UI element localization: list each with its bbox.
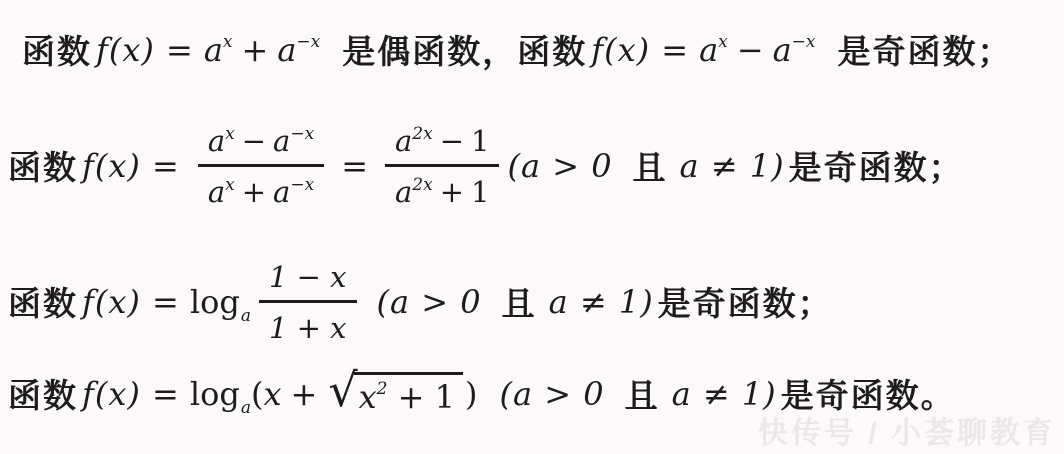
- log-symbol: loga: [190, 283, 251, 321]
- log-label: log: [190, 283, 240, 321]
- radical-sign: √: [328, 369, 357, 413]
- superscript: x: [718, 32, 728, 52]
- fraction-denominator: a2x+1: [385, 167, 499, 209]
- fraction: ax−a−x ax+a−x: [198, 122, 324, 209]
- square-root: √ x2 + 1: [328, 372, 463, 416]
- radicand: x2 + 1: [354, 372, 463, 416]
- fraction-numerator: a2x−1: [385, 122, 499, 167]
- condition-open: (a > 0: [507, 147, 612, 185]
- math-base: a: [208, 124, 225, 158]
- cjk-text: 是偶函数，函数: [342, 26, 587, 73]
- superscript: 2x: [412, 175, 432, 195]
- math-base: a: [773, 31, 792, 69]
- paren-close: ): [465, 375, 477, 413]
- fraction-numerator: 1 − x: [259, 258, 357, 303]
- math-number: 1: [471, 124, 489, 158]
- minus-operator: −: [440, 124, 464, 158]
- cjk-text: 是奇函数；: [789, 142, 964, 189]
- math-base: a: [395, 124, 412, 158]
- superscript: −x: [290, 124, 314, 144]
- document-page: { "page": { "background": "#fbf9f9", "te…: [0, 0, 1064, 454]
- math-variable: x: [263, 375, 281, 413]
- cjk-text: 且: [625, 370, 660, 417]
- fraction: a2x−1 a2x+1: [385, 122, 499, 209]
- function-notation: f(x) =: [82, 375, 180, 413]
- superscript: −x: [792, 32, 816, 52]
- superscript: 2x: [412, 124, 432, 144]
- condition-open: (a > 0: [377, 283, 482, 321]
- log-symbol: loga: [190, 375, 251, 413]
- watermark: 快传号 / 小荟聊教育: [758, 408, 1056, 452]
- math-term: a−x: [773, 31, 816, 69]
- fraction-denominator: ax+a−x: [198, 167, 324, 209]
- math-number: 1: [471, 175, 489, 209]
- plus-operator: +: [440, 175, 464, 209]
- function-notation: f(x) =: [82, 283, 180, 321]
- math-base: a: [273, 175, 290, 209]
- condition-close: a ≠ 1): [672, 375, 777, 413]
- log-base-subscript: a: [241, 306, 251, 326]
- fraction-denominator: 1 + x: [259, 303, 357, 345]
- superscript: x: [223, 32, 233, 52]
- condition-open: (a > 0: [500, 375, 605, 413]
- superscript: −x: [296, 32, 320, 52]
- superscript: −x: [290, 175, 314, 195]
- math-base: a: [204, 31, 223, 69]
- superscript: x: [225, 175, 235, 195]
- math-base: a: [208, 175, 225, 209]
- math-base: x: [359, 378, 377, 416]
- math-base: a: [277, 31, 296, 69]
- log-base-subscript: a: [241, 398, 251, 418]
- plus-operator: +: [242, 175, 266, 209]
- math-term: ax: [699, 31, 728, 69]
- math-base: a: [699, 31, 718, 69]
- function-notation: f(x) =: [591, 31, 689, 69]
- cjk-text: 函数: [22, 26, 92, 73]
- minus-operator: −: [242, 124, 266, 158]
- superscript: x: [225, 124, 235, 144]
- plus-operator: +: [242, 31, 269, 69]
- condition-close: a ≠ 1): [680, 147, 785, 185]
- cjk-text: 且: [633, 142, 668, 189]
- log-label: log: [190, 375, 240, 413]
- paren-open: (: [251, 375, 263, 413]
- equals-sign: =: [341, 147, 368, 185]
- minus-operator: −: [737, 31, 764, 69]
- condition-close: a ≠ 1): [549, 283, 654, 321]
- cjk-text: 函数: [8, 370, 78, 417]
- cjk-text: 是奇函数；: [838, 26, 1013, 73]
- math-term: a−x: [277, 31, 320, 69]
- formula-line-1: 函数 f(x) = ax + a−x 是偶函数，函数 f(x) = ax − a…: [22, 26, 1013, 73]
- cjk-text: 且: [502, 278, 537, 325]
- math-text: + 1: [388, 378, 456, 416]
- superscript: 2: [377, 379, 388, 399]
- formula-line-3: 函数 f(x) = loga 1 − x 1 + x (a > 0 且 a ≠ …: [8, 258, 833, 345]
- cjk-text: 是奇函数；: [658, 278, 833, 325]
- plus-operator: +: [291, 375, 318, 413]
- cjk-text: 函数: [8, 278, 78, 325]
- fraction-numerator: ax−a−x: [198, 122, 324, 167]
- math-base: a: [395, 175, 412, 209]
- cjk-text: 函数: [8, 142, 78, 189]
- fraction: 1 − x 1 + x: [259, 258, 357, 345]
- function-notation: f(x) =: [96, 31, 194, 69]
- formula-line-2: 函数 f(x) = ax−a−x ax+a−x = a2x−1 a2x+1 (a…: [8, 122, 964, 209]
- math-term: ax: [204, 31, 233, 69]
- math-base: a: [273, 124, 290, 158]
- function-notation: f(x) =: [82, 147, 180, 185]
